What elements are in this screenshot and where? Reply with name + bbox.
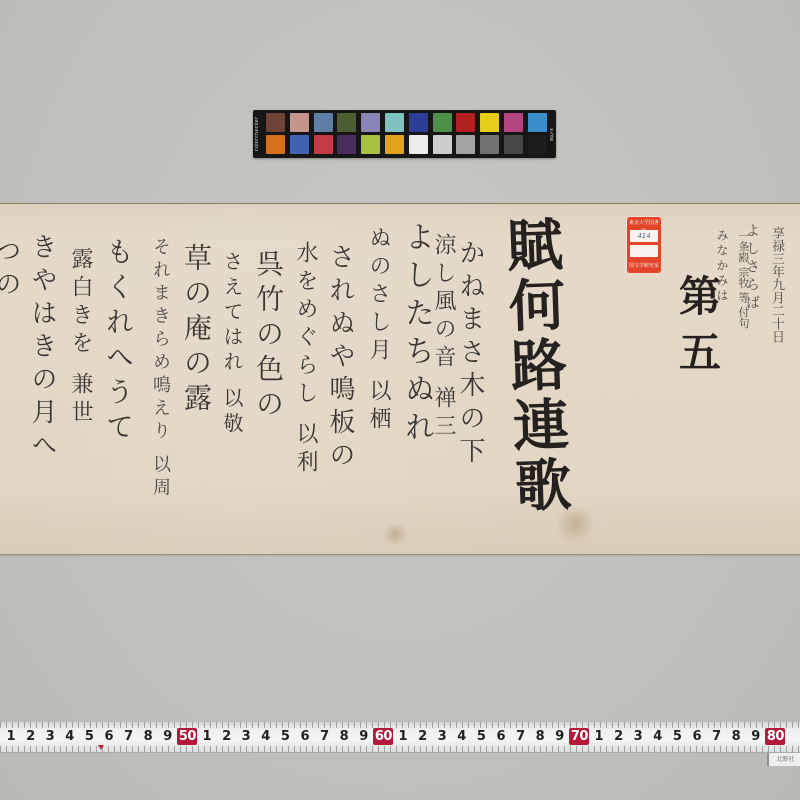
color-swatch bbox=[266, 135, 285, 154]
title-column: 賦何路連歌 bbox=[502, 215, 568, 517]
color-swatch bbox=[361, 113, 380, 132]
tape-number: 2 bbox=[416, 728, 430, 745]
color-swatch bbox=[456, 135, 475, 154]
tape-marker-icon bbox=[98, 745, 104, 750]
color-swatch bbox=[504, 113, 523, 132]
color-swatch bbox=[528, 113, 547, 132]
color-swatch bbox=[337, 113, 356, 132]
verse-column: さえてはれ 以敬 bbox=[222, 251, 242, 437]
tape-number: 4 bbox=[259, 728, 273, 745]
color-swatch bbox=[337, 135, 356, 154]
tape-number: 7 bbox=[710, 728, 724, 745]
date-note: 享禄三年九月二十日 bbox=[770, 226, 783, 343]
color-swatch bbox=[385, 135, 404, 154]
verse-column: きやはきの月へ bbox=[29, 233, 55, 464]
color-swatch bbox=[266, 113, 285, 132]
verse-column: 露白きを 兼世 bbox=[69, 247, 91, 428]
tape-number: 3 bbox=[435, 728, 449, 745]
section-heading: 第五 bbox=[676, 274, 718, 386]
tape-number: 7 bbox=[318, 728, 332, 745]
library-label-number: 414 bbox=[630, 230, 658, 242]
tape-number: 5 bbox=[474, 728, 488, 745]
verse-column: 呉竹の色の bbox=[254, 249, 282, 424]
tape-number: 8 bbox=[729, 728, 743, 745]
color-swatch bbox=[433, 135, 452, 154]
library-label-bottom: 国文学研究室 bbox=[629, 262, 659, 271]
tape-number: 9 bbox=[161, 728, 175, 745]
color-swatch bbox=[480, 113, 499, 132]
library-label-blank bbox=[630, 245, 658, 257]
xrite-logo: x-rite bbox=[546, 120, 554, 150]
publisher-tag: 北野社 bbox=[767, 753, 800, 766]
paper-fold-line bbox=[600, 204, 602, 554]
color-swatch bbox=[504, 135, 523, 154]
verse-column: 水をめぐらし 以利 bbox=[294, 241, 316, 478]
tape-decade-label: 50 bbox=[177, 728, 197, 745]
tape-number: 5 bbox=[278, 728, 292, 745]
verse-column: 涼し風の音 禅三 bbox=[432, 233, 454, 442]
color-swatch bbox=[314, 113, 333, 132]
tape-number: 8 bbox=[141, 728, 155, 745]
tape-decade-label: 70 bbox=[569, 728, 589, 745]
tape-number: 1 bbox=[396, 728, 410, 745]
tape-ticks-bottom bbox=[0, 746, 800, 752]
color-swatch bbox=[456, 113, 475, 132]
tape-number: 7 bbox=[514, 728, 528, 745]
tape-decade-label: 60 bbox=[373, 728, 393, 745]
tape-number: 6 bbox=[102, 728, 116, 745]
color-checker-brand: colorchecker bbox=[254, 114, 264, 154]
tape-number: 7 bbox=[122, 728, 136, 745]
tape-number: 3 bbox=[239, 728, 253, 745]
tape-number: 1 bbox=[200, 728, 214, 745]
color-swatch bbox=[361, 135, 380, 154]
tape-number: 4 bbox=[455, 728, 469, 745]
verse-column: 草の庵の露 bbox=[182, 243, 210, 418]
verse-column: もくれへうて bbox=[104, 237, 132, 447]
tape-number: 6 bbox=[494, 728, 508, 745]
color-swatch bbox=[433, 113, 452, 132]
tape-number: 9 bbox=[553, 728, 567, 745]
tape-number: 9 bbox=[749, 728, 763, 745]
library-label-top: 東京大学図書館 bbox=[629, 219, 659, 228]
verse-column: ぬのさし月 以栖 bbox=[367, 226, 389, 435]
tape-number: 4 bbox=[651, 728, 665, 745]
tape-number: 3 bbox=[43, 728, 57, 745]
color-swatch bbox=[409, 135, 428, 154]
tape-number: 5 bbox=[670, 728, 684, 745]
tape-number: 6 bbox=[298, 728, 312, 745]
color-swatch-grid bbox=[266, 113, 547, 154]
verse-column: つの bbox=[0, 237, 19, 303]
tape-decade-label: 80 bbox=[765, 728, 785, 745]
verse-column: みなかみは bbox=[716, 229, 728, 304]
tape-number: 1 bbox=[4, 728, 18, 745]
color-swatch bbox=[528, 135, 547, 154]
tape-number: 2 bbox=[220, 728, 234, 745]
tape-number: 6 bbox=[690, 728, 704, 745]
tape-number: 4 bbox=[63, 728, 77, 745]
tape-number: 1 bbox=[592, 728, 606, 745]
library-label: 東京大学図書館 414 国文学研究室 bbox=[626, 216, 662, 274]
color-swatch bbox=[409, 113, 428, 132]
color-swatch bbox=[290, 135, 309, 154]
color-swatch bbox=[290, 113, 309, 132]
color-swatch bbox=[385, 113, 404, 132]
tape-number: 9 bbox=[357, 728, 371, 745]
tape-number: 3 bbox=[631, 728, 645, 745]
tape-number: 8 bbox=[533, 728, 547, 745]
color-checker-card: colorchecker x-rite bbox=[253, 110, 556, 158]
tape-number: 2 bbox=[24, 728, 38, 745]
color-swatch bbox=[480, 135, 499, 154]
verse-column: かねまさ木の下 bbox=[457, 239, 483, 470]
measuring-tape: 1234567895012345678960123456789701234567… bbox=[0, 721, 800, 753]
verse-column: それまきらめ鳴えり 以周 bbox=[151, 237, 169, 501]
paper-stain bbox=[380, 524, 410, 544]
tape-number: 8 bbox=[337, 728, 351, 745]
color-swatch bbox=[314, 135, 333, 154]
tape-number: 5 bbox=[82, 728, 96, 745]
verse-column: されぬや鳴板の bbox=[327, 243, 353, 474]
tape-number: 2 bbox=[612, 728, 626, 745]
manuscript-scroll: 賦何路連歌 第五 享禄三年九月二十日 一条殿 宗牧 等 付句 よしさらばみなかみ… bbox=[0, 203, 800, 555]
verse-column: よしたちぬれ bbox=[401, 221, 431, 449]
verse-column: よしさらば bbox=[745, 223, 759, 313]
